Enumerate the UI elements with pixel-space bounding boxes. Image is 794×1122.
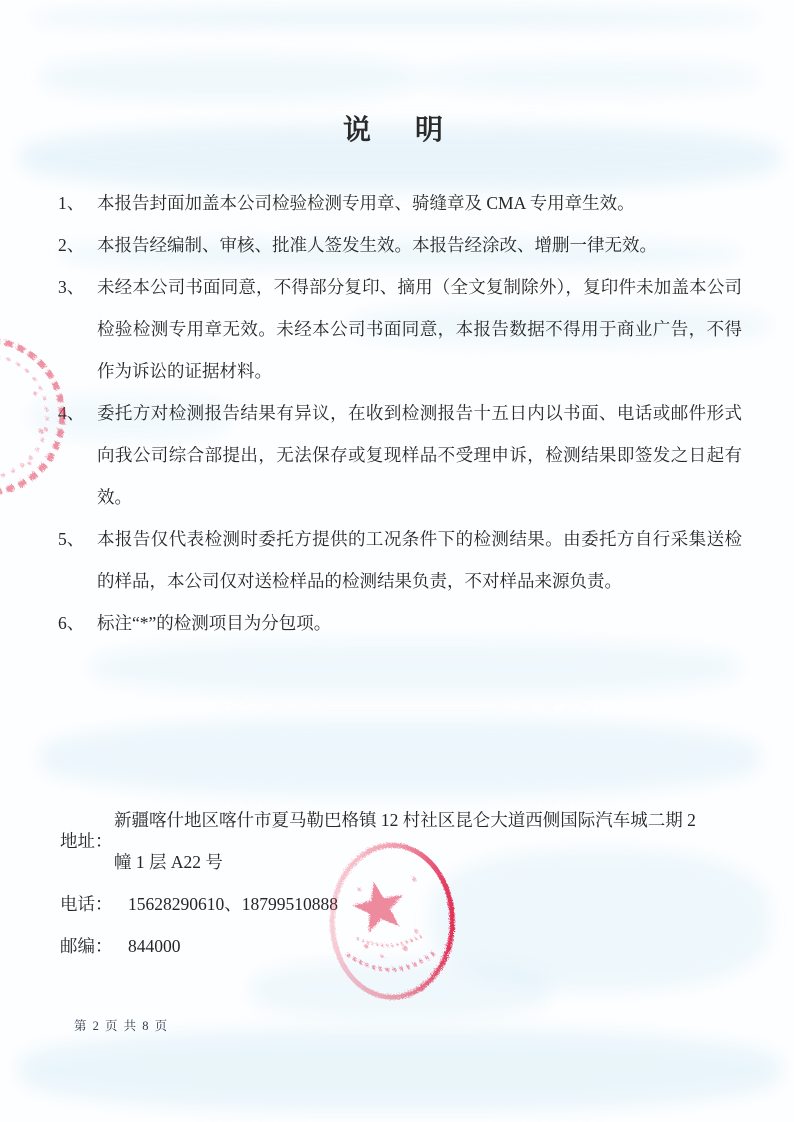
address-line-1: 新疆喀什地区喀什市夏马勒巴格镇 12 村社区昆仑大道西侧国际汽车城二期 2: [114, 799, 752, 841]
address-label: 地址：: [60, 820, 114, 862]
postal-value: 844000: [114, 925, 752, 967]
note-item: 2、 本报告经编制、审核、批准人签发生效。本报告经涂改、增删一律无效。: [58, 224, 742, 266]
note-item: 1、 本报告封面加盖本公司检验检测专用章、骑缝章及 CMA 专用章生效。: [58, 182, 742, 224]
address-value: 新疆喀什地区喀什市夏马勒巴格镇 12 村社区昆仑大道西侧国际汽车城二期 2 幢 …: [114, 799, 752, 883]
scan-artifact: [250, 960, 550, 1020]
note-item-number: 1、: [58, 182, 97, 224]
phone-row: 电话： 15628290610、18799510888: [60, 883, 752, 925]
phone-label: 电话：: [60, 883, 114, 925]
phone-value: 15628290610、18799510888: [114, 883, 752, 925]
note-item-text: 本报告经编制、审核、批准人签发生效。本报告经涂改、增删一律无效。: [97, 224, 742, 266]
notes-list: 1、 本报告封面加盖本公司检验检测专用章、骑缝章及 CMA 专用章生效。 2、 …: [58, 182, 742, 644]
note-item-text: 本报告仅代表检测时委托方提供的工况条件下的检测结果。由委托方自行采集送检的样品，…: [97, 518, 742, 602]
note-item-number: 2、: [58, 224, 97, 266]
scan-artifact: [90, 640, 740, 695]
note-item-number: 4、: [58, 392, 97, 518]
postal-row: 邮编： 844000: [60, 925, 752, 967]
page-title: 说 明: [0, 108, 794, 148]
note-item-text: 标注“*”的检测项目为分包项。: [97, 602, 742, 644]
scan-artifact: [30, 10, 760, 26]
scan-artifact: [420, 60, 760, 95]
address-row: 地址： 新疆喀什地区喀什市夏马勒巴格镇 12 村社区昆仑大道西侧国际汽车城二期 …: [60, 799, 752, 883]
page-number: 第 2 页 共 8 页: [74, 1016, 169, 1034]
address-line-2: 幢 1 层 A22 号: [114, 841, 752, 883]
postal-label: 邮编：: [60, 925, 114, 967]
contact-block: 地址： 新疆喀什地区喀什市夏马勒巴格镇 12 村社区昆仑大道西侧国际汽车城二期 …: [60, 799, 752, 967]
note-item-text: 未经本公司书面同意，不得部分复印、摘用（全文复制除外），复印件未加盖本公司检验检…: [97, 266, 742, 392]
scan-artifact: [40, 720, 760, 795]
note-item-number: 6、: [58, 602, 97, 644]
note-item-text: 本报告封面加盖本公司检验检测专用章、骑缝章及 CMA 专用章生效。: [97, 182, 742, 224]
note-item: 4、 委托方对检测报告结果有异议，在收到检测报告十五日内以书面、电话或邮件形式向…: [58, 392, 742, 518]
note-item: 5、 本报告仅代表检测时委托方提供的工况条件下的检测结果。由委托方自行采集送检的…: [58, 518, 742, 602]
note-item-number: 3、: [58, 266, 97, 392]
note-item: 3、 未经本公司书面同意，不得部分复印、摘用（全文复制除外），复印件未加盖本公司…: [58, 266, 742, 392]
note-item: 6、 标注“*”的检测项目为分包项。: [58, 602, 742, 644]
document-page: 说 明 1、 本报告封面加盖本公司检验检测专用章、骑缝章及 CMA 专用章生效。…: [0, 0, 794, 1122]
note-item-number: 5、: [58, 518, 97, 602]
scan-artifact: [40, 55, 420, 100]
scan-artifact: [20, 1030, 780, 1110]
note-item-text: 委托方对检测报告结果有异议，在收到检测报告十五日内以书面、电话或邮件形式向我公司…: [97, 392, 742, 518]
